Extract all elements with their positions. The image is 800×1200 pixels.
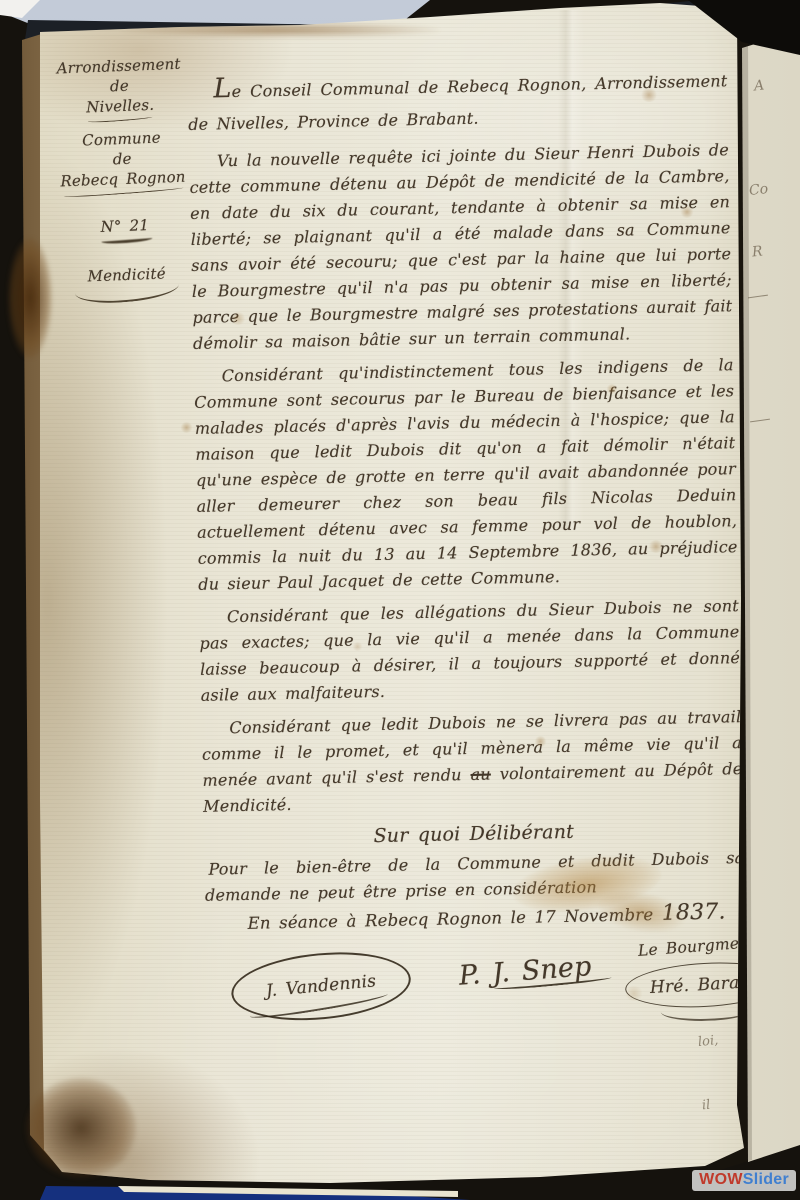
signature-row: J. Vandennis P. J. Snep Le Bourgmestre H… xyxy=(206,934,749,1076)
burn-mark xyxy=(26,1078,136,1178)
signature-left: J. Vandennis xyxy=(228,945,413,1027)
document-heading: Le Conseil Communal de Rebecq Rognon, Ar… xyxy=(187,62,728,141)
foxing-spot xyxy=(180,422,193,433)
paragraph-considerant-1: Considérant qu'indistinctement tous les … xyxy=(193,352,738,598)
margin-rebecq-rognon: Rebecq Rognon xyxy=(60,167,186,197)
margin-number: N° 21 xyxy=(100,215,149,244)
edge-fragment: A xyxy=(753,78,765,95)
flourish-underline xyxy=(661,1008,751,1022)
edge-stroke xyxy=(748,295,768,299)
edge-fragment: loi, xyxy=(697,1033,719,1050)
paragraph-considerant-3: Considérant que ledit Dubois ne se livre… xyxy=(201,704,743,820)
signature-middle: P. J. Snep xyxy=(458,954,592,990)
signature-left-name: J. Vandennis xyxy=(265,968,377,1004)
burn-mark xyxy=(8,238,52,358)
edge-fragment: Co xyxy=(748,181,769,199)
margin-notes: Arrondissement de Nivelles. Commune de R… xyxy=(43,53,202,305)
signature-middle-name: P. J. Snep xyxy=(458,951,593,992)
p4-crossed-out-word: au xyxy=(470,765,491,784)
margin-nivelles: Nivelles. xyxy=(86,95,155,123)
watermark-slider: Slider xyxy=(743,1171,789,1188)
edge-fragment: il xyxy=(701,1098,711,1114)
watermark: WOWSlider xyxy=(692,1170,796,1191)
watermark-wow: WOW xyxy=(699,1171,743,1188)
edge-stroke xyxy=(750,419,770,423)
paragraph-requete: Vu la nouvelle requête ici jointe du Sie… xyxy=(189,137,733,357)
edge-fragment: R xyxy=(751,243,763,260)
photo-of-manuscript: A Co R Arrondissement de Nivelles. Commu… xyxy=(0,0,800,1200)
paragraph-considerant-2: Considérant que les allégations du Sieur… xyxy=(199,593,741,709)
manuscript-page: Arrondissement de Nivelles. Commune de R… xyxy=(0,0,800,1200)
